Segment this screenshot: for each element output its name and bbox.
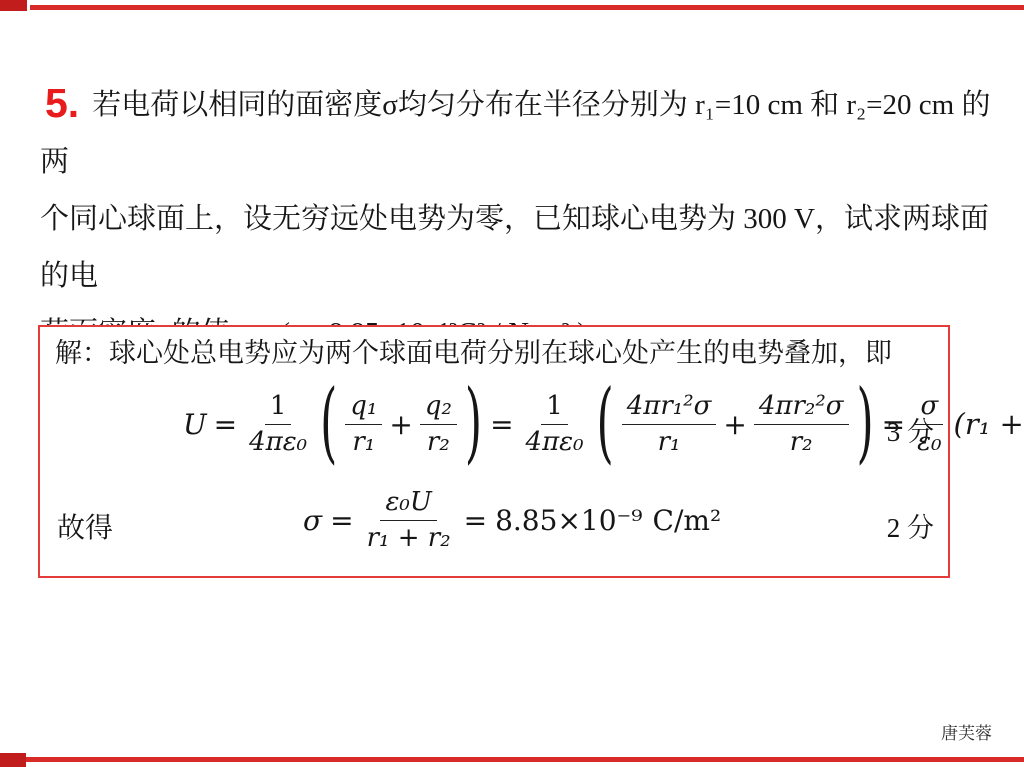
problem-line-1: 5.若电荷以相同的面密度σ均匀分布在半径分别为 r₁=10 cm 和 r₂=20… xyxy=(40,75,1000,191)
eq1-equals-2: = xyxy=(490,408,513,441)
frac-den: r₁ xyxy=(653,425,686,458)
frac-den: r₁ xyxy=(347,425,380,458)
frac-4pi-r1sq-sigma-over-r1: 4πr₁²σr₁ xyxy=(622,391,717,457)
frac-eps0U-over-r1-plus-r2: ε₀Ur₁ + r₂ xyxy=(362,487,456,553)
problem-statement: 5.若电荷以相同的面密度σ均匀分布在半径分别为 r₁=10 cm 和 r₂=20… xyxy=(40,75,1000,362)
equation-sigma-result: σ = ε₀Ur₁ + r₂ = 8.85×10⁻⁹ C/m² xyxy=(303,487,721,553)
score-3-points: 3 分 xyxy=(887,410,934,449)
tall-paren-close-1: ) xyxy=(465,380,482,468)
frac-num: q₂ xyxy=(420,391,457,425)
frac-1-over-4pi-eps0-b: 14πε₀ xyxy=(521,391,589,457)
frac-q1-over-r1: q₁r₁ xyxy=(345,391,382,457)
author-name: 唐芙蓉 xyxy=(941,719,992,744)
problem-number: 5. xyxy=(45,80,79,126)
eq2-equals-1: = xyxy=(330,504,353,537)
eq1-lhs: U xyxy=(183,408,207,441)
frac-den: r₂ xyxy=(785,425,818,458)
lead-in-gude: 故得 xyxy=(57,506,113,546)
eq2-lhs-sigma: σ xyxy=(303,504,322,537)
eq1-equals-1: = xyxy=(214,408,237,441)
frac-num: 1 xyxy=(265,391,292,425)
bottom-left-red-block xyxy=(0,753,26,767)
frac-num: 4πr₁²σ xyxy=(622,391,717,425)
frac-num: q₁ xyxy=(345,391,382,425)
frac-den: 4πε₀ xyxy=(521,425,589,458)
bottom-accent-bar xyxy=(0,757,1024,762)
top-left-red-block xyxy=(0,0,27,11)
solution-heading: 解：球心处总电势应为两个球面电荷分别在球心处产生的电势叠加，即 xyxy=(55,335,892,371)
tall-paren-open-1: ( xyxy=(320,380,337,468)
frac-den: r₂ xyxy=(422,425,455,458)
eq1-r1-plus-r2: (r₁ + r₂) xyxy=(954,407,1024,441)
problem-line-2: 个同心球面上，设无穷远处电势为零，已知球心电势为 300 V，试求两球面的电 xyxy=(40,191,1000,305)
score-2-points: 2 分 xyxy=(887,506,934,545)
tall-paren-open-2: ( xyxy=(597,380,614,468)
frac-1-over-4pi-eps0: 14πε₀ xyxy=(244,391,312,457)
solution-box: 解：球心处总电势应为两个球面电荷分别在球心处产生的电势叠加，即 U = 14πε… xyxy=(38,325,950,578)
eq2-value: 8.85×10⁻⁹ xyxy=(495,504,642,537)
problem-line-1-text: 若电荷以相同的面密度σ均匀分布在半径分别为 r₁=10 cm 和 r₂=20 c… xyxy=(40,89,990,178)
eq1-plus-1: + xyxy=(389,408,412,441)
frac-num: 4πr₂²σ xyxy=(754,391,849,425)
frac-4pi-r2sq-sigma-over-r2: 4πr₂²σr₂ xyxy=(754,391,849,457)
frac-num: ε₀U xyxy=(380,487,436,521)
top-accent-bar xyxy=(30,5,1024,10)
frac-q2-over-r2: q₂r₂ xyxy=(420,391,457,457)
tall-paren-close-2: ) xyxy=(857,380,874,468)
frac-num: 1 xyxy=(541,391,568,425)
frac-den: 4πε₀ xyxy=(244,425,312,458)
eq2-equals-2: = xyxy=(464,504,487,537)
frac-den: r₁ + r₂ xyxy=(362,521,456,554)
eq1-plus-2: + xyxy=(723,408,746,441)
eq2-unit: C/m² xyxy=(653,504,722,537)
